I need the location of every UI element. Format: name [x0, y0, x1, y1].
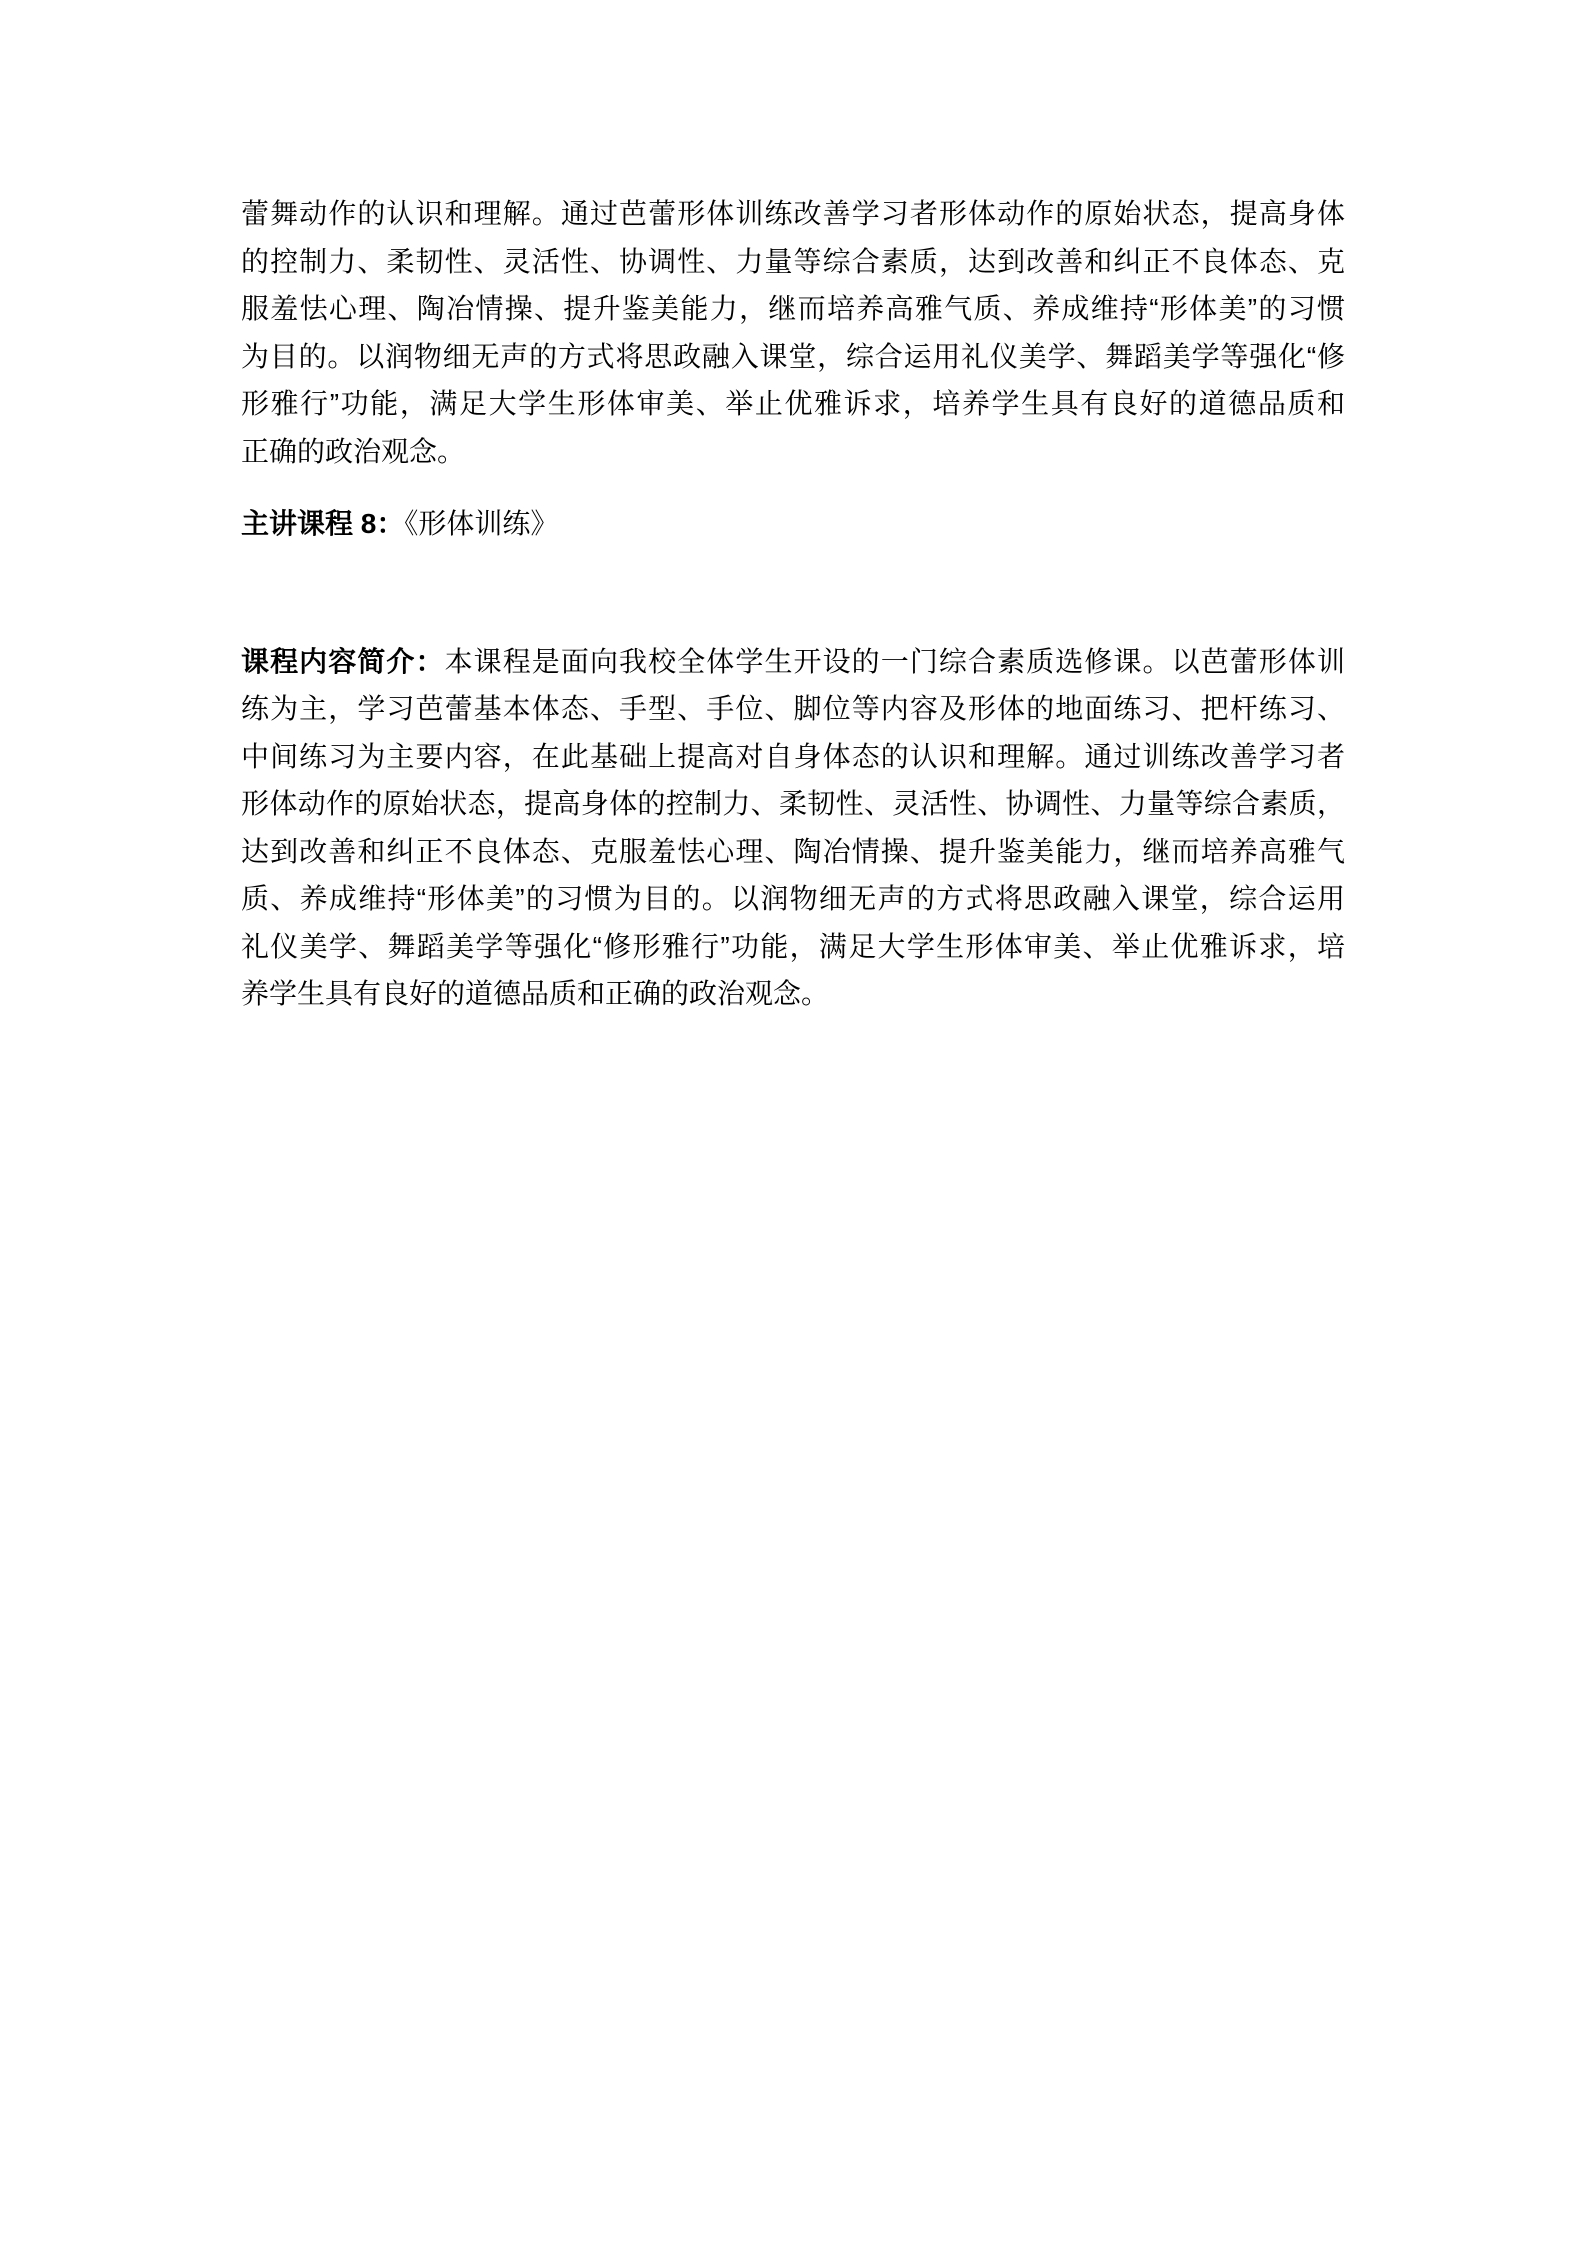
text-line: 正确的政治观念。: [241, 428, 1345, 476]
page-content: 蕾舞动作的认识和理解。通过芭蕾形体训练改善学习者形体动作的原始状态，提高身体 的…: [241, 190, 1345, 1018]
course-heading-label: 主讲课程 8：: [241, 508, 404, 539]
text-line: 达到改善和纠正不良体态、克服羞怯心理、陶冶情操、提升鉴美能力，继而培养高雅气: [241, 828, 1345, 876]
text-line: 服羞怯心理、陶冶情操、提升鉴美能力，继而培养高雅气质、养成维持“形体美”的习惯: [241, 285, 1345, 333]
text-line: 蕾舞动作的认识和理解。通过芭蕾形体训练改善学习者形体动作的原始状态，提高身体: [241, 190, 1345, 238]
course-intro-line: 本课程是面向我校全体学生开设的一门综合素质选修课。以芭蕾形体训: [445, 646, 1345, 677]
course-intro-lead: 课程内容简介：: [241, 646, 445, 677]
text-line: 中间练习为主要内容，在此基础上提高对自身体态的认识和理解。通过训练改善学习者: [241, 733, 1345, 781]
text-line: 形体动作的原始状态，提高身体的控制力、柔韧性、灵活性、协调性、力量等综合素质，: [241, 780, 1345, 828]
text-line: 质、养成维持“形体美”的习惯为目的。以润物细无声的方式将思政融入课堂，综合运用: [241, 875, 1345, 923]
text-line: 课程内容简介：本课程是面向我校全体学生开设的一门综合素质选修课。以芭蕾形体训: [241, 638, 1345, 686]
course-intro-paragraph: 课程内容简介：本课程是面向我校全体学生开设的一门综合素质选修课。以芭蕾形体训 练…: [241, 638, 1345, 1018]
course-heading: 主讲课程 8：《形体训练》: [241, 500, 1345, 548]
text-line: 养学生具有良好的道德品质和正确的政治观念。: [241, 970, 1345, 1018]
text-line: 练为主，学习芭蕾基本体态、手型、手位、脚位等内容及形体的地面练习、把杆练习、: [241, 685, 1345, 733]
text-line: 为目的。以润物细无声的方式将思政融入课堂，综合运用礼仪美学、舞蹈美学等强化“修: [241, 333, 1345, 381]
text-line: 礼仪美学、舞蹈美学等强化“修形雅行”功能，满足大学生形体审美、举止优雅诉求，培: [241, 923, 1345, 971]
overflow-paragraph: 蕾舞动作的认识和理解。通过芭蕾形体训练改善学习者形体动作的原始状态，提高身体 的…: [241, 190, 1345, 475]
document-page: 蕾舞动作的认识和理解。通过芭蕾形体训练改善学习者形体动作的原始状态，提高身体 的…: [0, 0, 1587, 2245]
text-line: 形雅行”功能，满足大学生形体审美、举止优雅诉求，培养学生具有良好的道德品质和: [241, 380, 1345, 428]
text-line: 的控制力、柔韧性、灵活性、协调性、力量等综合素质，达到改善和纠正不良体态、克: [241, 238, 1345, 286]
course-heading-title: 《形体训练》: [404, 508, 558, 539]
